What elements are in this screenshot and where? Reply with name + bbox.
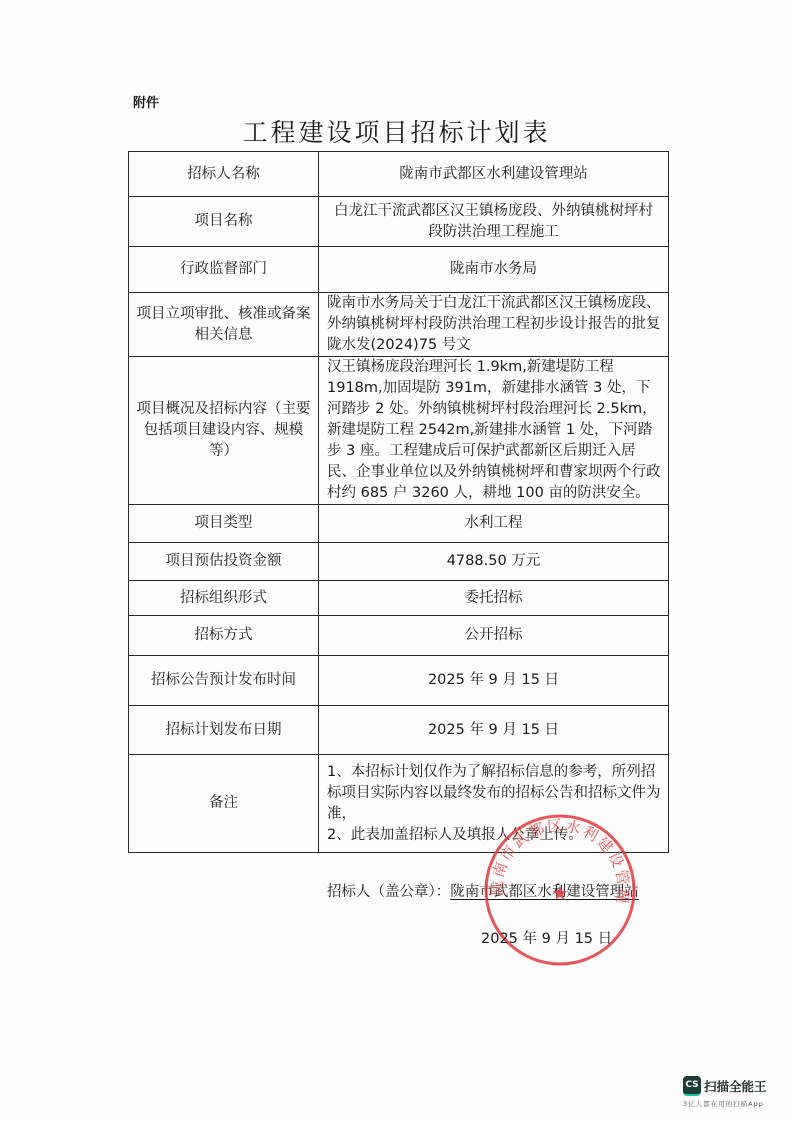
row-label: 招标计划发布日期	[129, 706, 319, 755]
camscanner-logo-icon: CS	[683, 1076, 701, 1096]
row-label: 招标方式	[129, 616, 319, 656]
table-row-investment: 项目预估投资金额 4788.50 万元	[129, 543, 669, 581]
row-label: 备注	[129, 755, 319, 853]
table-row-project-overview: 项目概况及招标内容（主要包括项目建设内容、规模等） 汉王镇杨庞段治理河长 1.9…	[129, 357, 669, 505]
table-row-tenderer: 招标人名称 陇南市武都区水利建设管理站	[129, 152, 669, 197]
row-value: 陇南市武都区水利建设管理站	[319, 152, 669, 197]
watermark-app-name: 扫描全能王	[704, 1077, 767, 1095]
row-value: 2025 年 9 月 15 日	[319, 656, 669, 706]
row-value: 委托招标	[319, 581, 669, 616]
table-row-organization-form: 招标组织形式 委托招标	[129, 581, 669, 616]
row-value: 4788.50 万元	[319, 543, 669, 581]
page-title: 工程建设项目招标计划表	[0, 113, 793, 149]
row-label: 项目类型	[129, 505, 319, 543]
table-row-supervisor: 行政监督部门 陇南市水务局	[129, 247, 669, 293]
star-icon: ★	[551, 881, 569, 905]
row-value: 2025 年 9 月 15 日	[319, 706, 669, 755]
signature-label: 招标人（盖公章）：	[327, 884, 450, 900]
row-value: 陇南市水务局关于白龙江干流武都区汉王镇杨庞段、外纳镇桃树坪村段防洪治理工程初步设…	[319, 293, 669, 357]
row-label: 招标组织形式	[129, 581, 319, 616]
table-row-project-name: 项目名称 白龙江干流武都区汉王镇杨庞段、外纳镇桃树坪村段防洪治理工程施工	[129, 197, 669, 247]
row-label: 招标公告预计发布时间	[129, 656, 319, 706]
table-row-project-type: 项目类型 水利工程	[129, 505, 669, 543]
row-value: 白龙江干流武都区汉王镇杨庞段、外纳镇桃树坪村段防洪治理工程施工	[319, 197, 669, 247]
row-label: 项目立项审批、核准或备案相关信息	[129, 293, 319, 357]
row-label: 行政监督部门	[129, 247, 319, 293]
signature-date: 2025 年 9 月 15 日	[481, 927, 612, 948]
attachment-label: 附件	[133, 92, 159, 111]
row-label: 项目名称	[129, 197, 319, 247]
bidding-plan-table: 招标人名称 陇南市武都区水利建设管理站 项目名称 白龙江干流武都区汉王镇杨庞段、…	[128, 151, 669, 853]
table-row-plan-date: 招标计划发布日期 2025 年 9 月 15 日	[129, 706, 669, 755]
row-value: 陇南市水务局	[319, 247, 669, 293]
table-row-announcement-date: 招标公告预计发布时间 2025 年 9 月 15 日	[129, 656, 669, 706]
watermark-tagline: 3亿人都在用的扫描App	[683, 1099, 767, 1108]
table-row-approval-info: 项目立项审批、核准或备案相关信息 陇南市水务局关于白龙江干流武都区汉王镇杨庞段、…	[129, 293, 669, 357]
row-label: 招标人名称	[129, 152, 319, 197]
row-value: 公开招标	[319, 616, 669, 656]
row-value: 水利工程	[319, 505, 669, 543]
table-row-bidding-method: 招标方式 公开招标	[129, 616, 669, 656]
row-value: 汉王镇杨庞段治理河长 1.9km,新建堤防工程 1918m,加固堤防 391m，…	[319, 357, 669, 505]
scanner-watermark: CS扫描全能王 3亿人都在用的扫描App	[683, 1075, 767, 1108]
row-label: 项目预估投资金额	[129, 543, 319, 581]
row-label: 项目概况及招标内容（主要包括项目建设内容、规模等）	[129, 357, 319, 505]
